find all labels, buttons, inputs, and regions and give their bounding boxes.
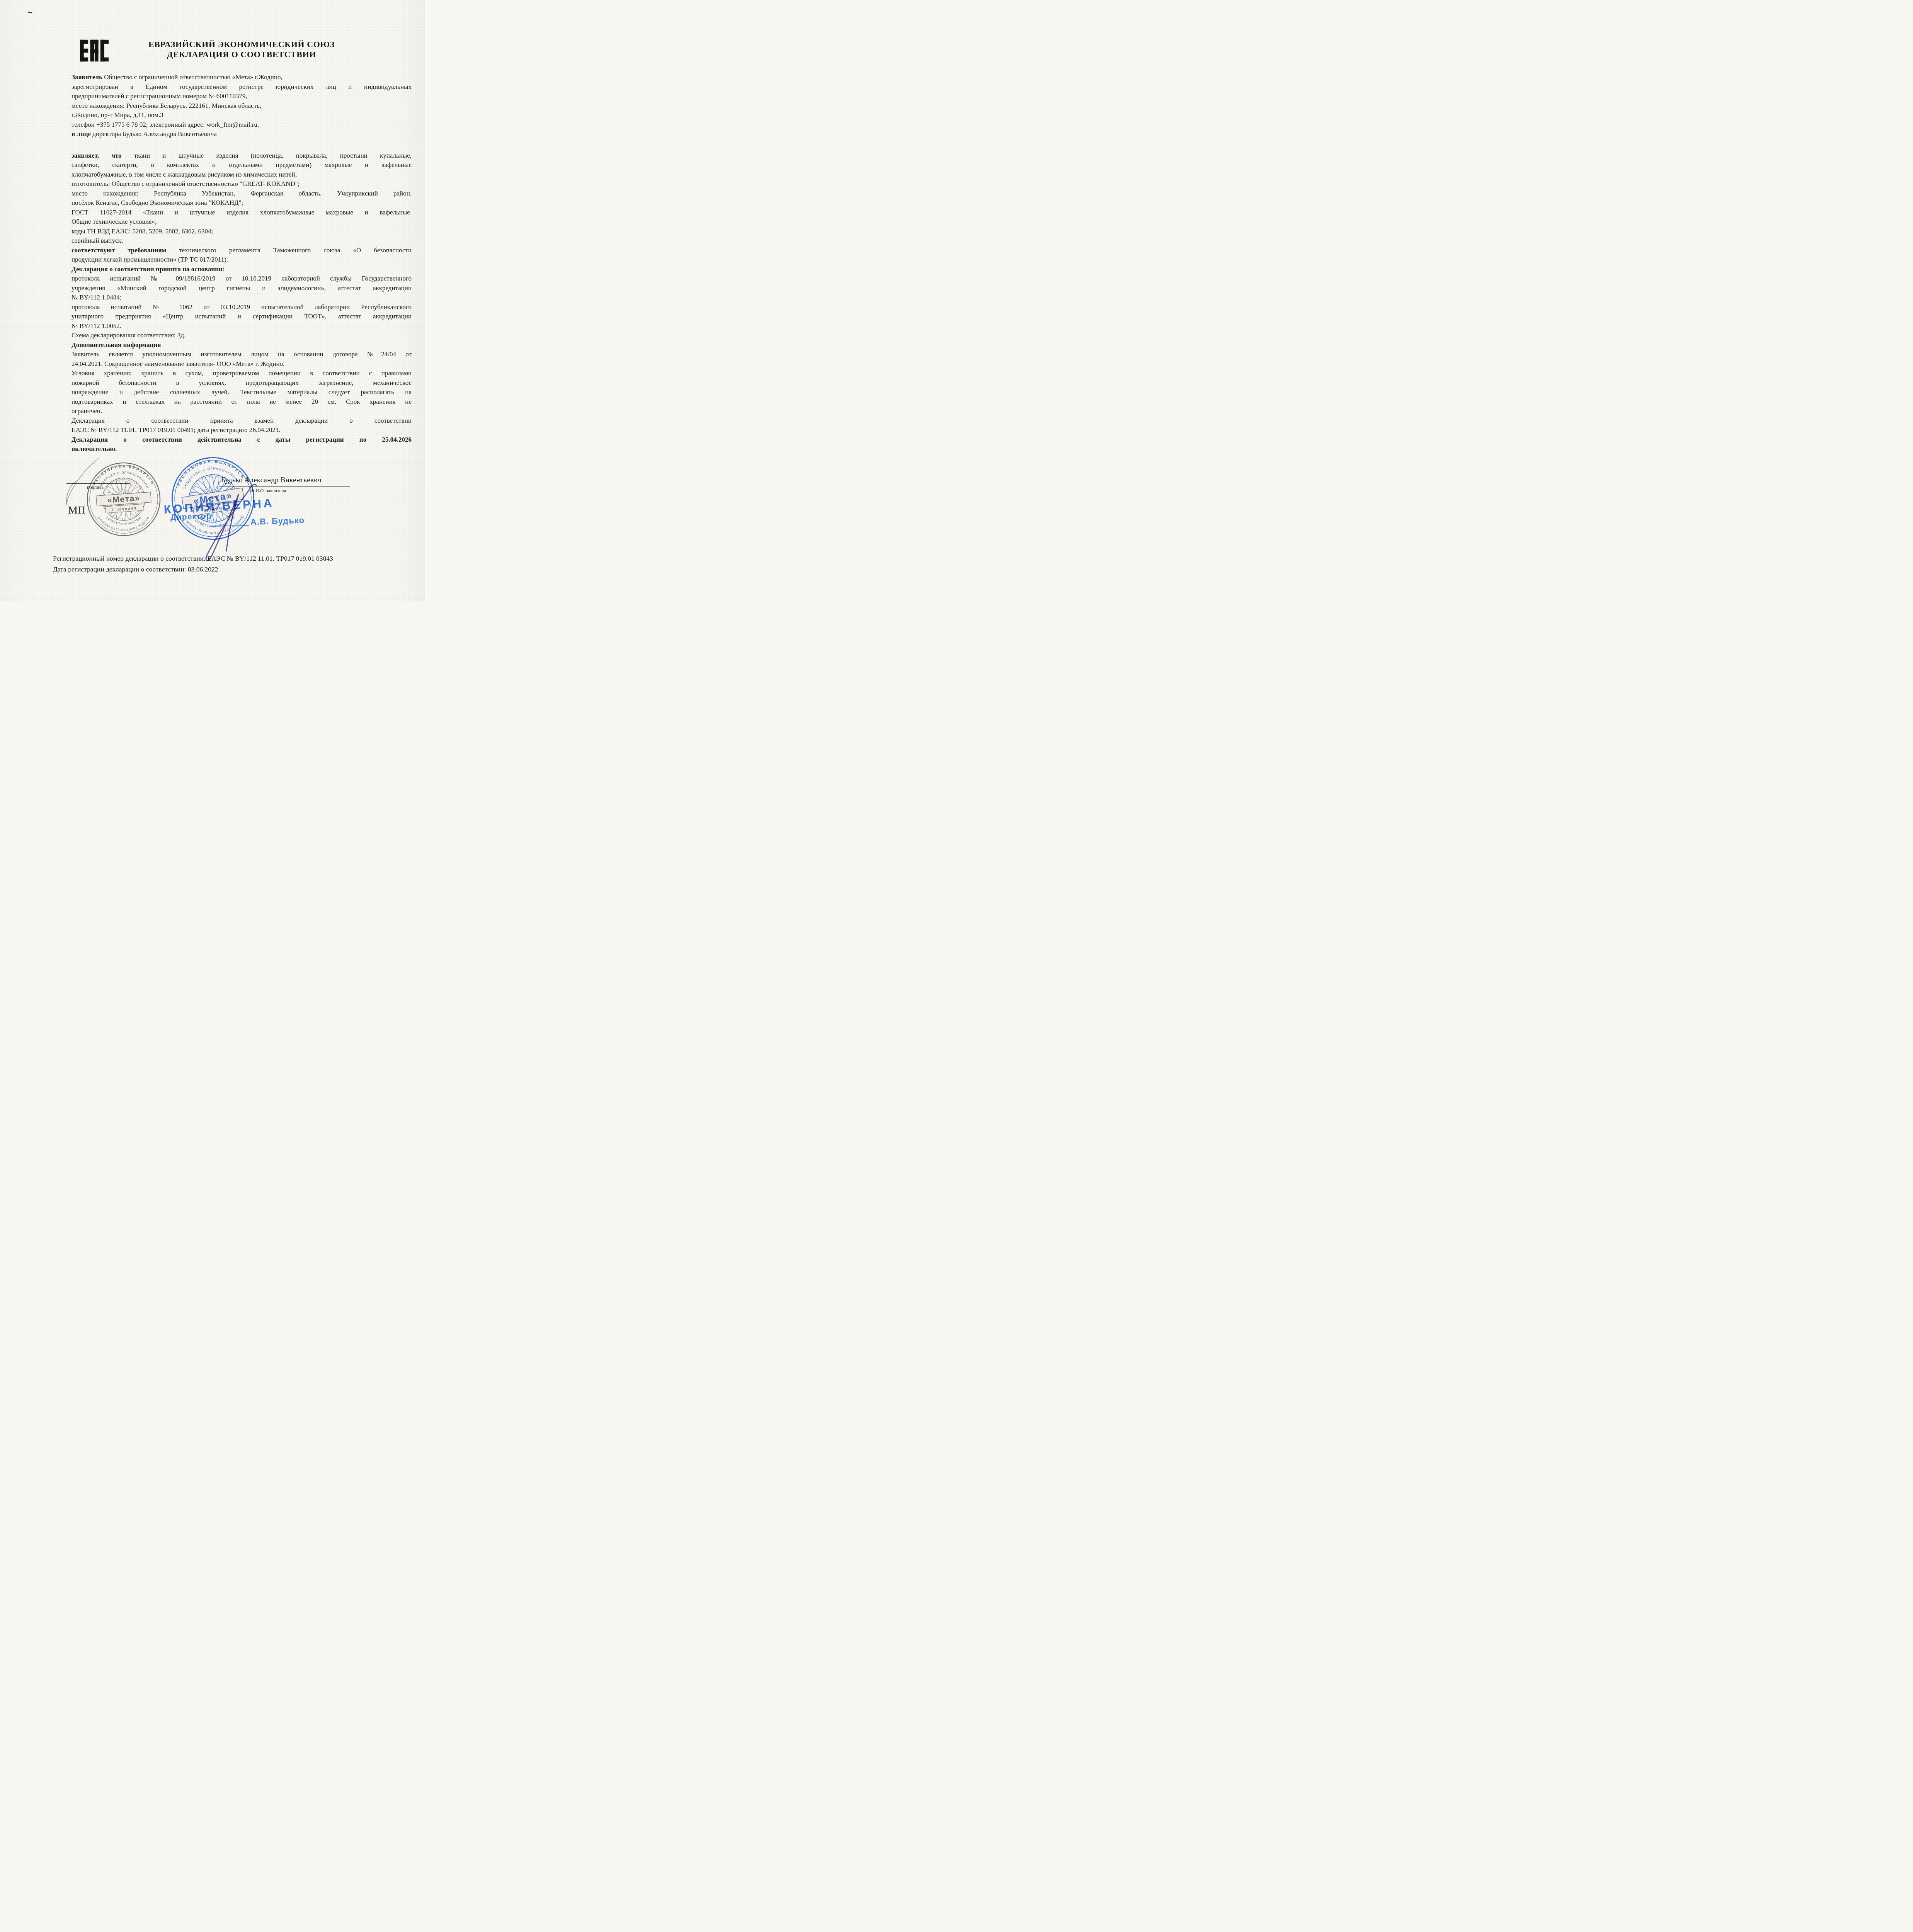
document-line: серийный выпуск; (71, 236, 412, 246)
document-line: Декларация о соответствии действительна … (71, 435, 412, 445)
document-line: Схема декларирования соответствия: 3д. (71, 331, 412, 340)
document-line: повреждение и действие солнечных лучей. … (71, 388, 412, 397)
document-line: Дополнительная информация (71, 340, 412, 350)
document-line: в лице директора Будько Александра Викен… (71, 129, 412, 139)
document-line: г.Жодино, пр-т Мира, д.11, пом.3 (71, 111, 412, 120)
document-line: телефон +375 1775 6 78 02; электронный а… (71, 120, 412, 130)
document-title: ЕВРАЗИЙСКИЙ ЭКОНОМИЧЕСКИЙ СОЮЗ ДЕКЛАРАЦИ… (71, 39, 412, 60)
handwritten-signature-ink (169, 478, 271, 564)
document-line: унитарного предприятия «Центр испытаний … (71, 312, 412, 321)
document-line: предпринимателей с регистрационным номер… (71, 92, 412, 101)
document-line: ЕАЭС № BY/112 11.01. ТР017 019.01 00491;… (71, 425, 412, 435)
document-line: салфетки, скатерти, в комплектах и отдел… (71, 160, 412, 170)
document-line: Общие технические условия»; (71, 217, 412, 227)
document-line: учреждения «Минский городской центр гиги… (71, 284, 412, 293)
document-line: Декларация о соответствии принята взамен… (71, 416, 412, 426)
document-line: протокола испытаний № 09/18816/2019 от 1… (71, 274, 412, 284)
title-line-declaration: ДЕКЛАРАЦИЯ О СООТВЕТСТВИИ (71, 49, 412, 60)
document-line: пожарной безопасности в условиях, предот… (71, 378, 412, 388)
document-line: 24.04.2021. Сокращенное наименование зая… (71, 359, 412, 369)
document-line: соответствуют требованиям технического р… (71, 246, 412, 255)
document-line: № BY/112 1.0052. (71, 321, 412, 331)
document-line: место нахождения: Республика Узбекистан,… (71, 189, 412, 199)
scanned-declaration-page: { "header": { "eac_icon": "eac-conformit… (0, 0, 425, 601)
document-line: Условия хранения: хранить в сухом, прове… (71, 369, 412, 378)
title-line-union: ЕВРАЗИЙСКИЙ ЭКОНОМИЧЕСКИЙ СОЮЗ (71, 39, 412, 49)
document-line: ограничен. (71, 406, 412, 416)
document-line: заявляет, что ткани и штучные изделия (п… (71, 151, 412, 161)
document-line: протокола испытаний № 1062 от 03.10.2019… (71, 303, 412, 312)
document-line: изготовитель: Общество с ограниченной от… (71, 179, 412, 189)
document-line: Заявитель Общество с ограниченной ответс… (71, 73, 412, 82)
company-round-stamp-black: РЕСПУБЛИКА БЕЛАРУСЬ МИНСКАЯ ОБЛАСТЬ ГОРО… (86, 458, 162, 540)
document-line: посёлок Кенагас, Свободно Экономическая … (71, 198, 412, 208)
document-line: № BY/112 1.0484; (71, 293, 412, 303)
document-line: место нахождения: Республика Беларусь, 2… (71, 101, 412, 111)
declaration-text-body: Заявитель Общество с ограниченной ответс… (71, 73, 412, 454)
document-line: коды ТН ВЭД ЕАЭС: 5208, 5209, 5802, 6302… (71, 227, 412, 236)
eac-logo-icon (80, 37, 109, 64)
document-line: подтоварниках и стеллажах на расстоянии … (71, 397, 412, 407)
document-line: ГОСТ 11027-2014 «Ткани и штучные изделия… (71, 208, 412, 218)
document-line: зарегистрирован в Едином государственном… (71, 82, 412, 92)
document-line: Декларация о соответствии принята на осн… (71, 265, 412, 274)
document-line: хлопчатобумажные, в том числе с жаккардо… (71, 170, 412, 180)
document-line: Заявитель является уполномоченным изгото… (71, 350, 412, 359)
document-line: продукции легкой промышленности» (ТР ТС … (71, 255, 412, 265)
scan-artifact-dash (28, 12, 32, 13)
registration-date-line: Дата регистрации декларации о соответств… (53, 564, 412, 575)
